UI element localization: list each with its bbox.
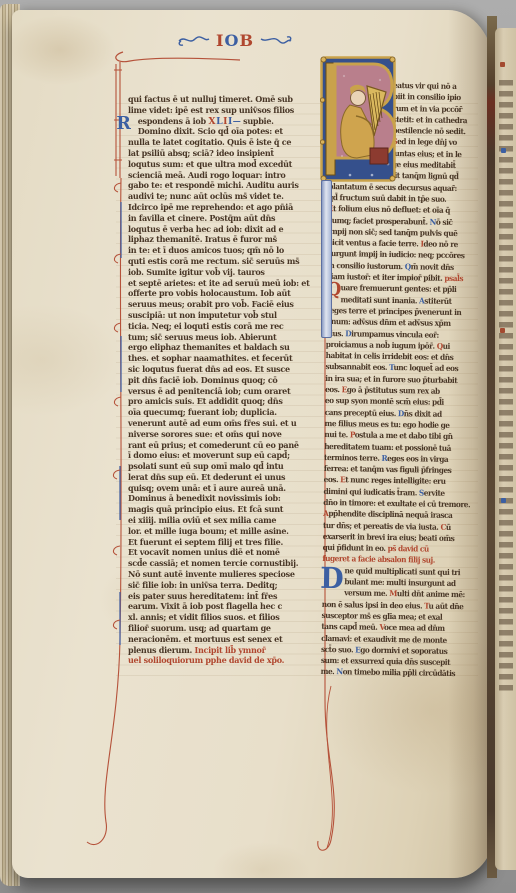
colored-text-segment: X [208, 116, 216, 127]
text-segment: subsannabit eos. [325, 362, 389, 372]
text-line: Et fuerunt ei septem filij et tres filie… [128, 537, 320, 548]
header-title: IOB [216, 31, 254, 50]
text-line: loqutus ē verba hec ad iob: dixit ad e [128, 224, 320, 235]
text-segment: qui factus ē ut nulluj timeret. Omē sub [128, 94, 293, 104]
text-line: lat psiliū absq; sciā? ideo insipient̄ [128, 148, 320, 159]
text-segment: scienciā meā. Audi rogo loquar: intro [128, 170, 285, 180]
text-segment: omino dixit. Scio qd̄ oīa potes: et [144, 126, 282, 136]
text-line: eis pater suus hereditatem: int̄ fr̄es [128, 591, 320, 602]
text-segment: m̄ novit dn̄s [411, 262, 454, 272]
text-segment: viam iustor̄: et iter impior̄ pibit. [327, 272, 445, 283]
text-segment: clamavi: et exaudivit me de monte [321, 633, 447, 644]
text-line: audivi te; nunc aūt oclūs ms̄ videt te. [128, 191, 320, 202]
text-segment: qui p̄fidunt in eo. [323, 543, 388, 553]
text-segment: ui [443, 342, 450, 351]
text-segment: pestilencie nō sedit. [392, 126, 465, 136]
manuscript-photo: IOB qui factus ē ut nullu [0, 0, 516, 893]
text-segment: psolati sunt eū sup omī malo qd̄ intu [128, 461, 283, 471]
text-segment: plenus dierum. [128, 645, 195, 655]
text-segment: espondens ā iob [138, 116, 209, 126]
text-line: lerat dn̄s sup eū. Et dederunt ei unus [128, 472, 320, 483]
text-segment: ed in lege dn̄j vo [397, 138, 457, 148]
text-segment: unc loquet̄ ad eos [393, 363, 458, 373]
text-line: sic̄ filie iob: in univ̄sa terra. Deditq… [128, 580, 320, 591]
text-line: nulla te latet cogitatio. Quis ē iste q̄… [128, 137, 320, 148]
text-segment: ī domo eius: et moverunt sup eū capd̄; [128, 450, 290, 460]
text-line: venerunt autē ad eum om̄s fr̄es sui. et … [128, 418, 320, 429]
text-segment: go ā p̄stitutus sum rex ab [347, 385, 440, 395]
text-segment: liphaz themanitē. Iratus ē furor ms̄ [128, 234, 277, 244]
text-segment: ticia. Neq; ei loquti estis corā me rec [128, 321, 284, 331]
text-line: psolati sunt eū sup omī malo qd̄ intu [128, 461, 320, 472]
text-segment: Et fuerunt ei septem filij et tres filie… [128, 537, 283, 547]
text-line: loqutus sum: et que ultra mod̄ excedūt [128, 159, 320, 170]
text-line: lime videt: ipē est rex sup univ̄sos fil… [128, 105, 320, 116]
text-segment: rum et in via pccōr̄ [393, 104, 462, 114]
text-segment: ferrea: et tanq̄m vas figuli p̄fringes [324, 464, 452, 475]
text-segment: versum me. [344, 589, 389, 599]
text-segment: Nō sunt autē invente mulieres speciose [128, 569, 295, 579]
text-segment: ulti dn̄t anime mē: [397, 589, 465, 599]
text-segment: t nunc reges intelligite: eru [345, 476, 445, 487]
text-line: in favilla et cinere. Postq̄m aūt dn̄s [128, 213, 320, 224]
beatus-initial-illumination [320, 56, 396, 182]
text-line: tum; sic̄ seruus meus iob. Abierunt [128, 332, 320, 343]
text-segment: stetit: et in cathedra [393, 115, 468, 125]
text-segment: bulant me: multi insurgunt ad [344, 577, 455, 588]
text-line: sic loqutus fuerat dn̄s ad eos. Et susce [128, 364, 320, 375]
text-segment: loqutus ē verba hec ad iob: dixit ad e [128, 224, 283, 234]
text-line: gabo te: et respondē michi. Auditu auris [128, 180, 320, 191]
text-line: thes. et sophar naamathites. et fecerūt [128, 353, 320, 364]
header-letter: O [225, 31, 240, 50]
text-segment: sum: et exsurrexi quia dn̄s suscepit [321, 656, 450, 667]
text-segment: D [138, 126, 145, 136]
facing-page-text-sliver [499, 80, 513, 692]
text-segment: susceptor ms̄ es glīa mea; et exal [322, 611, 443, 622]
text-segment: picit ventus a facie terre. [327, 238, 420, 248]
text-segment: iob. Sumite igitur vob̄ vij. tauros [128, 267, 265, 277]
text-segment: pro amicis suis. Et addidit quoq; dn̄s [128, 396, 283, 406]
colored-text-segment: L [216, 116, 223, 127]
text-line: in te: et ī duos amicos tuos; qm̄ nō lo [128, 245, 320, 256]
text-segment: go dormivi et soporatus [360, 645, 447, 655]
text-segment: pit dn̄s faciē iob. Dominus quoq; cō [128, 375, 278, 385]
text-line: quisq; ovem unā: et ī aure aureā unā. [128, 483, 320, 494]
text-segment: niverse sorores sue: et om̄s qui nove [128, 429, 282, 439]
text-line: pro amicis suis. Et addidit quoq; dn̄s [128, 396, 320, 407]
text-segment: qd̄ fructum suū dabit in tp̄e suo. [328, 193, 446, 204]
text-segment: meditati sunt inania. [340, 295, 419, 305]
text-line: et septē arietes: et ite ad seruū meū io… [128, 278, 320, 289]
text-segment: in favilla et cinere. Postq̄m aūt dn̄s [128, 213, 275, 223]
text-segment: hereditatem tuam: et possionē tuā [324, 441, 451, 452]
text-segment: t folium eius nō defluet: et oīa q̄ [333, 204, 450, 215]
text-segment: ū [446, 522, 451, 531]
text-segment: luntas eius; et in le [392, 149, 462, 159]
text-segment: cumq; faciet prosperabunt̄. [328, 216, 430, 227]
text-segment: eo sup syon montē scm̄ eius: pd̄i [325, 396, 444, 407]
facing-rubric-mark [500, 62, 505, 67]
text-line: ticia. Neq; ei loquti estis corā me rec [128, 321, 320, 332]
running-header: IOB [140, 27, 330, 53]
text-segment: ō sic̄ [436, 217, 453, 226]
text-line: offerte pro vobis holocaustum. Iob aūt [128, 288, 320, 299]
text-segment: dn̄o in timore: et exultate ei cū tremor… [323, 498, 470, 509]
facing-initial-mark [501, 498, 506, 503]
text-line: scienciā meā. Audi rogo loquar: intro [128, 170, 320, 181]
text-segment: oīa quecumq; fuerant iob; duplicia. [128, 407, 277, 417]
colored-text-segment: M [389, 589, 397, 598]
colored-text-segment: uel soliloquiorum pphe david de xp̄o. [128, 655, 284, 665]
text-line: liphaz themanitē. Iratus ē furor ms̄ [128, 234, 320, 245]
text-segment: xl. annis; et vidit filios suos. et fili… [128, 612, 279, 622]
text-segment: in consilio iustorum. [327, 261, 405, 271]
text-segment: suscipiā: ut non imputetur vob̄ stul [128, 310, 277, 320]
text-line: ergo eliphaz themanites et baldach su [128, 342, 320, 353]
text-segment: audivi te; nunc aūt oclūs ms̄ videt te. [128, 191, 284, 201]
text-segment: quti estis corā me rectum. sic̄ seruūs m… [128, 256, 299, 266]
text-segment: quisq; ovem unā: et ī aure aureā unā. [128, 483, 286, 493]
text-line: Nō sunt autē invente mulieres speciose [128, 569, 320, 580]
text-line: ī domo eius: et moverunt sup eū capd̄; [128, 450, 320, 461]
text-segment: eis pater suus hereditatem: int̄ fr̄es [128, 591, 277, 601]
text-segment: ervite [424, 488, 445, 497]
text-segment: Et vocavit nomen unius diē et nomē [128, 547, 280, 557]
text-segment: dimini qui iudicatis t̄ram. [323, 487, 419, 497]
text-line: quti estis corā me rectum. sic̄ seruūs m… [128, 256, 320, 267]
text-segment: ne quid multiplicati sunt qui tri [345, 566, 461, 577]
text-segment: n̄s dixit ad [404, 409, 442, 419]
text-segment: irumpamus vincula eor̄: [351, 329, 439, 339]
text-segment: thes. et sophar naamathites. et fecerūt [128, 353, 292, 363]
header-letter: I [216, 31, 224, 50]
text-segment: scd̄e cassiā; et nomen tercie cornustibi… [128, 558, 298, 568]
text-segment: plantatum ē secus decursus aquar̄: [328, 182, 457, 193]
text-segment: uare fremuerunt gentes: et pp̄li [341, 284, 457, 295]
header-flourish-left-icon [177, 33, 211, 47]
text-line: pit dn̄s faciē iob. Dominus quoq; cō [128, 375, 320, 386]
text-segment: lime videt: ipē est rex sup univ̄sos fil… [128, 105, 294, 115]
text-segment: sct̄o suo. [321, 645, 355, 655]
text-segment: neracionēm. et mortuus est senex et [128, 634, 282, 644]
text-line: Idcirco ipē me reprehendo: et ago pn̄iā [128, 202, 320, 213]
header-flourish-right-icon [259, 33, 293, 47]
text-segment: ge eius meditabit̄ [392, 160, 456, 170]
colored-text-segment: Incipit lib̄ ymnor̄ [195, 645, 266, 655]
text-line: neracionēm. et mortuus est senex et [128, 634, 320, 645]
left-text-column: qui factus ē ut nulluj timeret. Omē subl… [128, 94, 326, 666]
header-letter: B [239, 31, 254, 50]
initial-extender-bar [321, 180, 332, 338]
text-segment: unum: adv̄sus dn̄m et adv̄sus xp̄m [326, 317, 450, 328]
text-segment: impij non sic̄; sed tanq̄m pulvis quē [328, 227, 458, 238]
text-segment: in te: et ī duos amicos tuos; qm̄ nō lo [128, 245, 284, 255]
colored-text-segment: — [233, 116, 241, 126]
facing-initial-mark [501, 148, 506, 153]
text-line: scd̄e cassiā; et nomen tercie cornustibi… [128, 558, 320, 569]
text-line: xl. annis; et vidit filios suos. et fili… [128, 612, 320, 623]
text-segment: reges terre et principes p̄venerunt in [326, 306, 461, 317]
text-segment: terminos terre. [324, 453, 382, 463]
text-line: oīa quecumq; fuerant iob; duplicia. [128, 407, 320, 418]
text-segment: Idcirco ipē me reprehendo: et ago pn̄iā [128, 202, 293, 212]
text-line: Respondens ā iob XLII— supbie. [128, 116, 320, 127]
text-segment: u aūt dn̄e [428, 601, 463, 611]
text-line: ei xiiij. milia oviū et sex milia came [128, 515, 320, 526]
text-segment: gabo te: et respondē michi. Auditu auris [128, 180, 299, 190]
text-segment: surgunt impij in iudicio: neq; pccōres [327, 249, 464, 260]
text-segment: ei xiiij. milia oviū et sex milia came [128, 515, 276, 525]
text-segment: in ira sua; et in furore suo p̄turbabit [325, 374, 457, 385]
text-line: lor. et mille iuga boum; et mille asine. [128, 526, 320, 537]
text-segment: non ē salus ipsi in deo eius. [322, 600, 425, 611]
text-segment: magis quā principio eius. Et fcā sunt [128, 504, 283, 514]
text-segment: lerat dn̄s sup eū. Et dederunt ei unus [128, 472, 285, 482]
text-line: Et vocavit nomen unius diē et nomē [128, 547, 320, 558]
text-segment: loqutus sum: et que ultra mod̄ excedūt [128, 159, 292, 169]
text-segment: nulla te latet cogitatio. Quis ē iste q̄… [128, 137, 291, 147]
text-line: iob. Sumite igitur vob̄ vij. tauros [128, 267, 320, 278]
text-segment: filior̄ suorum. usq; ad quartam ge [128, 623, 271, 633]
text-segment: pp̄hendite disciplinā nequā irasca [328, 509, 452, 520]
text-segment: Dominus ā benedixit novissimis iob: [128, 493, 281, 503]
text-segment: sic̄ filie iob: in univ̄sa terra. Deditq… [128, 580, 277, 590]
text-segment: earum. Vixit ā iob post flagella hec c [128, 601, 282, 611]
text-segment: exarserit in brevi ira eius; beati om̄s [323, 532, 455, 543]
text-segment: offerte pro vobis holocaustum. Iob aūt [128, 288, 291, 298]
text-line: filior̄ suorum. usq; ad quartam ge [128, 623, 320, 634]
text-segment: oce mea ad dn̄m [384, 623, 445, 633]
text-segment: tur dn̄s; et pereatis de via iusta. [323, 521, 441, 532]
text-segment: lor. et mille iuga boum; et mille asine. [128, 526, 289, 536]
text-line: Dominus ā benedixit novissimis iob: [128, 493, 320, 504]
text-segment: eatus vir qui nō a [393, 81, 456, 91]
facing-rubric-mark [500, 328, 505, 333]
text-segment: deo nō re [423, 240, 458, 250]
text-segment: eges eos in virga [387, 454, 448, 464]
text-segment: nui te. [324, 430, 350, 439]
text-line: uel soliloquiorum pphe david de xp̄o. [128, 655, 320, 666]
text-segment: versus ē ad penitenciā iob; cum oraret [128, 386, 290, 396]
text-line: suscipiā: ut non imputetur vob̄ stul [128, 310, 320, 321]
text-segment: rant eū prius; et comederunt cū eo panē [128, 440, 299, 450]
text-segment: habitat in celis irridebit eos: et dn̄s [326, 351, 454, 362]
text-segment: on timebo milia pp̄li circūdātis [343, 668, 456, 679]
text-segment: me filius meus es tu: ego hodie ge [325, 419, 450, 430]
text-segment: cans preceptū eius. [325, 408, 398, 418]
text-segment: me. [321, 667, 337, 676]
text-segment: eos. [325, 385, 342, 394]
text-segment: et septē arietes: et ite ad seruū meū io… [128, 278, 310, 288]
text-line: qui factus ē ut nulluj timeret. Omē sub [128, 94, 320, 105]
text-line: rant eū prius; et comederunt cū eo panē [128, 440, 320, 451]
text-segment: venerunt autē ad eum om̄s fr̄es sui. et … [128, 418, 296, 428]
text-segment: tum; sic̄ seruus meus iob. Abierunt [128, 332, 276, 342]
text-segment: supbie. [241, 116, 274, 126]
text-segment: sic loqutus fuerat dn̄s ad eos. Et susce [128, 364, 290, 374]
text-line: me. Non timebo milia pp̄li circūdātis [321, 666, 457, 679]
colored-text-segment: psal̄s [444, 274, 463, 283]
text-segment: proiciamus a nob̄ iugum ipōr̄. [326, 340, 437, 351]
colored-text-segment: ps̄ david cū [388, 544, 429, 554]
text-segment: biit in consilio ipio [393, 92, 461, 102]
text-line: Domino dixit. Scio qd̄ oīa potes: et [128, 126, 320, 137]
facing-page-edge [495, 28, 516, 870]
text-segment: tans capd̄ meū. [321, 622, 379, 632]
text-line: seruus meus; orabit pro vob̄. Faciē eius [128, 299, 320, 310]
text-line: plenus dierum. Incipit lib̄ ymnor̄ [128, 645, 320, 656]
text-segment: ostula a me et dabo tibi gn̄ [355, 431, 453, 442]
text-line: magis quā principio eius. Et fcā sunt [128, 504, 320, 515]
text-segment: ergo eliphaz themanites et baldach su [128, 342, 290, 352]
text-line: earum. Vixit ā iob post flagella hec c [128, 601, 320, 612]
text-line: niverse sorores sue: et om̄s qui nove [128, 429, 320, 440]
text-segment: lat psiliū absq; sciā? ideo insipient̄ [128, 148, 274, 158]
text-line: versus ē ad penitenciā iob; cum oraret [128, 386, 320, 397]
text-segment: eos. [324, 475, 341, 484]
text-segment: stiterūt [424, 296, 451, 305]
text-segment: seruus meus; orabit pro vob̄. Faciē eius [128, 299, 294, 309]
